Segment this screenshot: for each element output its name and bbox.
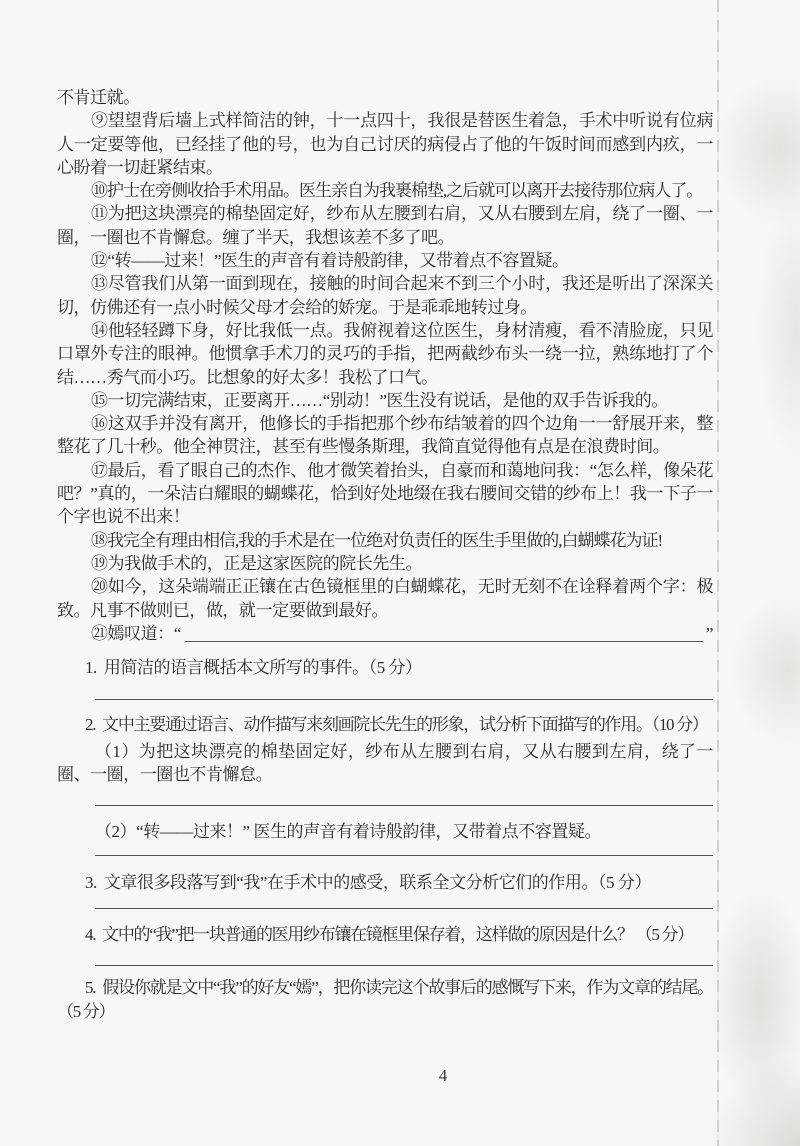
passage-paragraph: ⑫“转——过来！”医生的声音有着诗般韵律，又带着点不容置疑。 (57, 249, 713, 272)
question-1: 1.用简洁的语言概括本文所写的事件。（5 分） (57, 656, 713, 700)
question-body: 文中的“我”把一块普通的医用纱布镶在镜框里保存着，这样做的原因是什么？ （5 分… (102, 925, 693, 944)
blank-paragraph-suffix: ” (706, 622, 713, 645)
answer-line (95, 908, 713, 909)
question-body: 假设你就是文中“我”的好友“嫣”，把你读完这个故事后的感慨写下来，作为文章的结尾… (57, 978, 713, 1020)
answer-line (95, 965, 713, 966)
page-fold-line (717, 0, 719, 1146)
question-number: 5. (85, 978, 95, 997)
sub-question-label: （1） (95, 742, 139, 761)
passage-paragraph-blank: ㉑嫣叹道：“ ” (91, 622, 713, 645)
question-text: 1.用简洁的语言概括本文所写的事件。（5 分） (57, 656, 713, 679)
passage-paragraph: 不肯迁就。 (57, 86, 713, 109)
passage-paragraph: ⑩护士在旁侧收拾手术用品。医生亲自为我裹棉垫,之后就可以离开去接待那位病人了。 (57, 179, 713, 202)
question-text: 4.文中的“我”把一块普通的医用纱布镶在镜框里保存着，这样做的原因是什么？ （5… (57, 923, 713, 946)
question-2: 2.文中主要通过语言、动作描写来刻画院长先生的形象，试分析下面描写的作用。（10… (57, 713, 713, 855)
answer-line (95, 805, 713, 806)
question-body: 文中主要通过语言、动作描写来刻画院长先生的形象，试分析下面描写的作用。（10 分… (102, 715, 707, 734)
question-5: 5.假设你就是文中“我”的好友“嫣”，把你读完这个故事后的感慨写下来，作为文章的… (57, 976, 713, 1023)
passage-paragraph: ⑨望望背后墙上式样简洁的钟，十一点四十，我很是替医生着急，手术中听说有位病人一定… (57, 109, 713, 179)
passage-paragraph: ⑪为把这块漂亮的棉垫固定好，纱布从左腰到右肩，又从右腰到左肩，绕了一圈、一圈，一… (57, 202, 713, 249)
sub-question-1: （1）为把这块漂亮的棉垫固定好，纱布从左腰到右肩，又从右腰到左肩，绕了一圈、一圈… (57, 740, 713, 787)
passage-paragraph: ⑬尽管我们从第一面到现在，接触的时间合起来不到三个小时，我还是听出了深深关切，仿… (57, 272, 713, 319)
scanned-exam-page: 不肯迁就。 ⑨望望背后墙上式样简洁的钟，十一点四十，我很是替医生着急，手术中听说… (0, 0, 800, 1146)
question-4: 4.文中的“我”把一块普通的医用纱布镶在镜框里保存着，这样做的原因是什么？ （5… (57, 923, 713, 966)
passage-paragraph: ⑯这双手并没有离开，他修长的手指把那个纱布结皱着的四个边角一一舒展开来，整整花了… (57, 412, 713, 459)
question-body: 文章很多段落写到“我”在手术中的感受，联系全文分析它们的作用。（5 分） (104, 873, 651, 892)
page-footer: 4 (0, 1066, 800, 1086)
question-3: 3.文章很多段落写到“我”在手术中的感受，联系全文分析它们的作用。（5 分） (57, 871, 713, 909)
blank-underline (185, 624, 703, 642)
question-number: 3. (85, 873, 97, 892)
question-text: 2.文中主要通过语言、动作描写来刻画院长先生的形象，试分析下面描写的作用。（10… (57, 713, 713, 736)
passage-paragraph: ⑰最后，看了眼自己的杰作、他才微笑着抬头，自豪而和蔼地问我：“怎么样，像朵花吧？… (57, 459, 713, 529)
answer-line (95, 699, 713, 700)
passage-paragraph: ⑭他轻轻蹲下身，好比我低一点。我俯视着这位医生，身材清瘦，看不清脸庞，只见口罩外… (57, 319, 713, 389)
passage-paragraph: ⑲为我做手术的，正是这家医院的院长先生。 (57, 552, 713, 575)
questions-section: 1.用简洁的语言概括本文所写的事件。（5 分） 2.文中主要通过语言、动作描写来… (57, 656, 713, 1023)
reading-passage: 不肯迁就。 ⑨望望背后墙上式样简洁的钟，十一点四十，我很是替医生着急，手术中听说… (57, 86, 713, 645)
question-number: 1. (85, 658, 97, 677)
sub-question-body: “转——过来！” 医生的声音有着诗般韵律，又带着点不容置疑。 (136, 822, 601, 841)
question-number: 2. (85, 715, 95, 734)
passage-paragraph: ⑳如今，这朵端端正正镶在古色镜框里的白蝴蝶花，无时无刻不在诠释着两个字：极致。凡… (57, 575, 713, 622)
page-number: 4 (439, 1066, 448, 1085)
question-body: 用简洁的语言概括本文所写的事件。（5 分） (104, 658, 422, 677)
sub-question-body: 为把这块漂亮的棉垫固定好，纱布从左腰到右肩，又从右腰到左肩，绕了一圈、一圈，一圈… (57, 742, 713, 784)
sub-question-label: （2） (95, 822, 136, 841)
question-text: 3.文章很多段落写到“我”在手术中的感受，联系全文分析它们的作用。（5 分） (57, 871, 713, 894)
page-content: 不肯迁就。 ⑨望望背后墙上式样简洁的钟，十一点四十，我很是替医生着急，手术中听说… (57, 86, 713, 1023)
question-text: 5.假设你就是文中“我”的好友“嫣”，把你读完这个故事后的感慨写下来，作为文章的… (57, 976, 713, 1023)
blank-paragraph-prefix: ㉑嫣叹道：“ (91, 622, 181, 645)
answer-line (95, 855, 713, 856)
sub-question-2: （2）“转——过来！” 医生的声音有着诗般韵律，又带着点不容置疑。 (57, 820, 713, 843)
question-number: 4. (85, 925, 95, 944)
passage-paragraph: ⑱我完全有理由相信,我的手术是在一位绝对负责任的医生手里做的,白蝴蝶花为证! (57, 529, 713, 552)
passage-paragraph: ⑮一切完满结束，正要离开……“别动！”医生没有说话，是他的双手告诉我的。 (57, 389, 713, 412)
